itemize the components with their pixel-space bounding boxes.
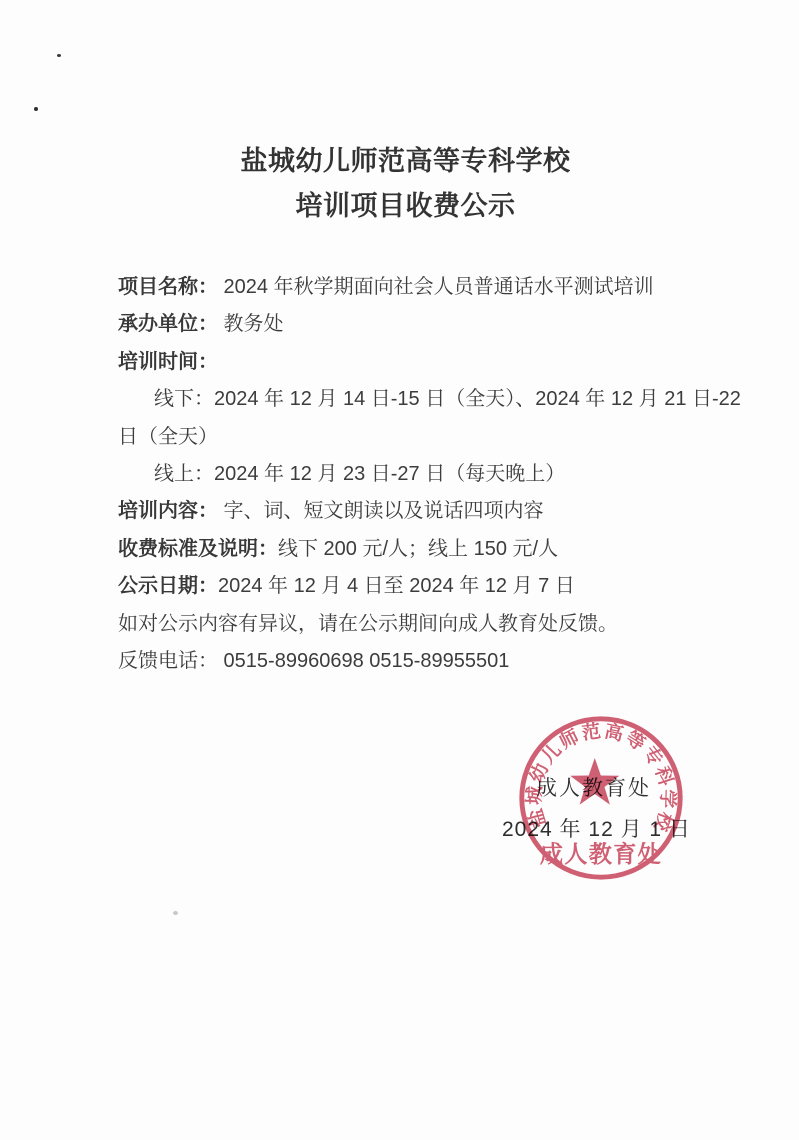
document-title: 盐城幼儿师范高等专科学校 培训项目收费公示 [118,139,693,229]
field-label: 公示日期： [118,575,218,597]
field-label: 培训内容： [118,500,218,522]
field-label: 承办单位： [118,313,218,335]
body-line: 承办单位： 教务处 [118,306,718,343]
scanned-document-page: 盐城幼儿师范高等专科学校 培训项目收费公示 项目名称： 2024 年秋学期面向社… [0,0,799,1140]
field-label: 收费标准及说明： [118,538,278,560]
star-icon [570,758,619,805]
body-line: 线下：2024 年 12 月 14 日-15 日（全天）、2024 年 12 月… [118,381,718,418]
body-line: 日（全天） [118,419,718,456]
field-value: 教务处 [218,313,284,335]
body-line: 培训时间： [118,344,718,381]
field-value: 线下：2024 年 12 月 14 日-15 日（全天）、2024 年 12 月… [154,388,741,410]
body-line: 线上：2024 年 12 月 23 日-27 日（每天晚上） [118,456,718,493]
seal-bottom-text: 成人教育处 [540,841,662,867]
scan-speckle [34,107,38,111]
field-value: 2024 年 12 月 4 日至 2024 年 12 月 7 日 [218,575,575,597]
title-line-school: 盐城幼儿师范高等专科学校 [118,139,693,184]
field-value: 2024 年秋学期面向社会人员普通话水平测试培训 [218,276,654,298]
body-line: 反馈电话： 0515-89960698 0515-89955501 [118,643,718,680]
scan-speckle [173,911,178,915]
field-label: 培训时间： [118,351,218,373]
body-line: 项目名称： 2024 年秋学期面向社会人员普通话水平测试培训 [118,269,718,306]
field-value: 如对公示内容有异议，请在公示期间向成人教育处反馈。 [118,613,618,635]
field-value: 日（全天） [118,426,218,448]
field-label: 项目名称： [118,276,218,298]
body-lines: 项目名称： 2024 年秋学期面向社会人员普通话水平测试培训承办单位： 教务处培… [118,269,718,680]
scan-speckle [57,54,61,57]
body-line: 培训内容： 字、词、短文朗读以及说话四项内容 [118,493,718,530]
field-value: 线下 200 元/人；线上 150 元/人 [278,538,558,560]
body-line: 如对公示内容有异议，请在公示期间向成人教育处反馈。 [118,606,718,643]
field-value: 反馈电话： 0515-89960698 0515-89955501 [118,650,509,672]
title-line-notice: 培训项目收费公示 [118,184,693,229]
field-value: 线上：2024 年 12 月 23 日-27 日（每天晚上） [154,463,565,485]
field-value: 字、词、短文朗读以及说话四项内容 [218,500,544,522]
body-line: 收费标准及说明：线下 200 元/人；线上 150 元/人 [118,531,718,568]
body-line: 公示日期：2024 年 12 月 4 日至 2024 年 12 月 7 日 [118,568,718,605]
official-seal: 盐城幼儿师范高等专科学校 成人教育处 [512,709,690,887]
